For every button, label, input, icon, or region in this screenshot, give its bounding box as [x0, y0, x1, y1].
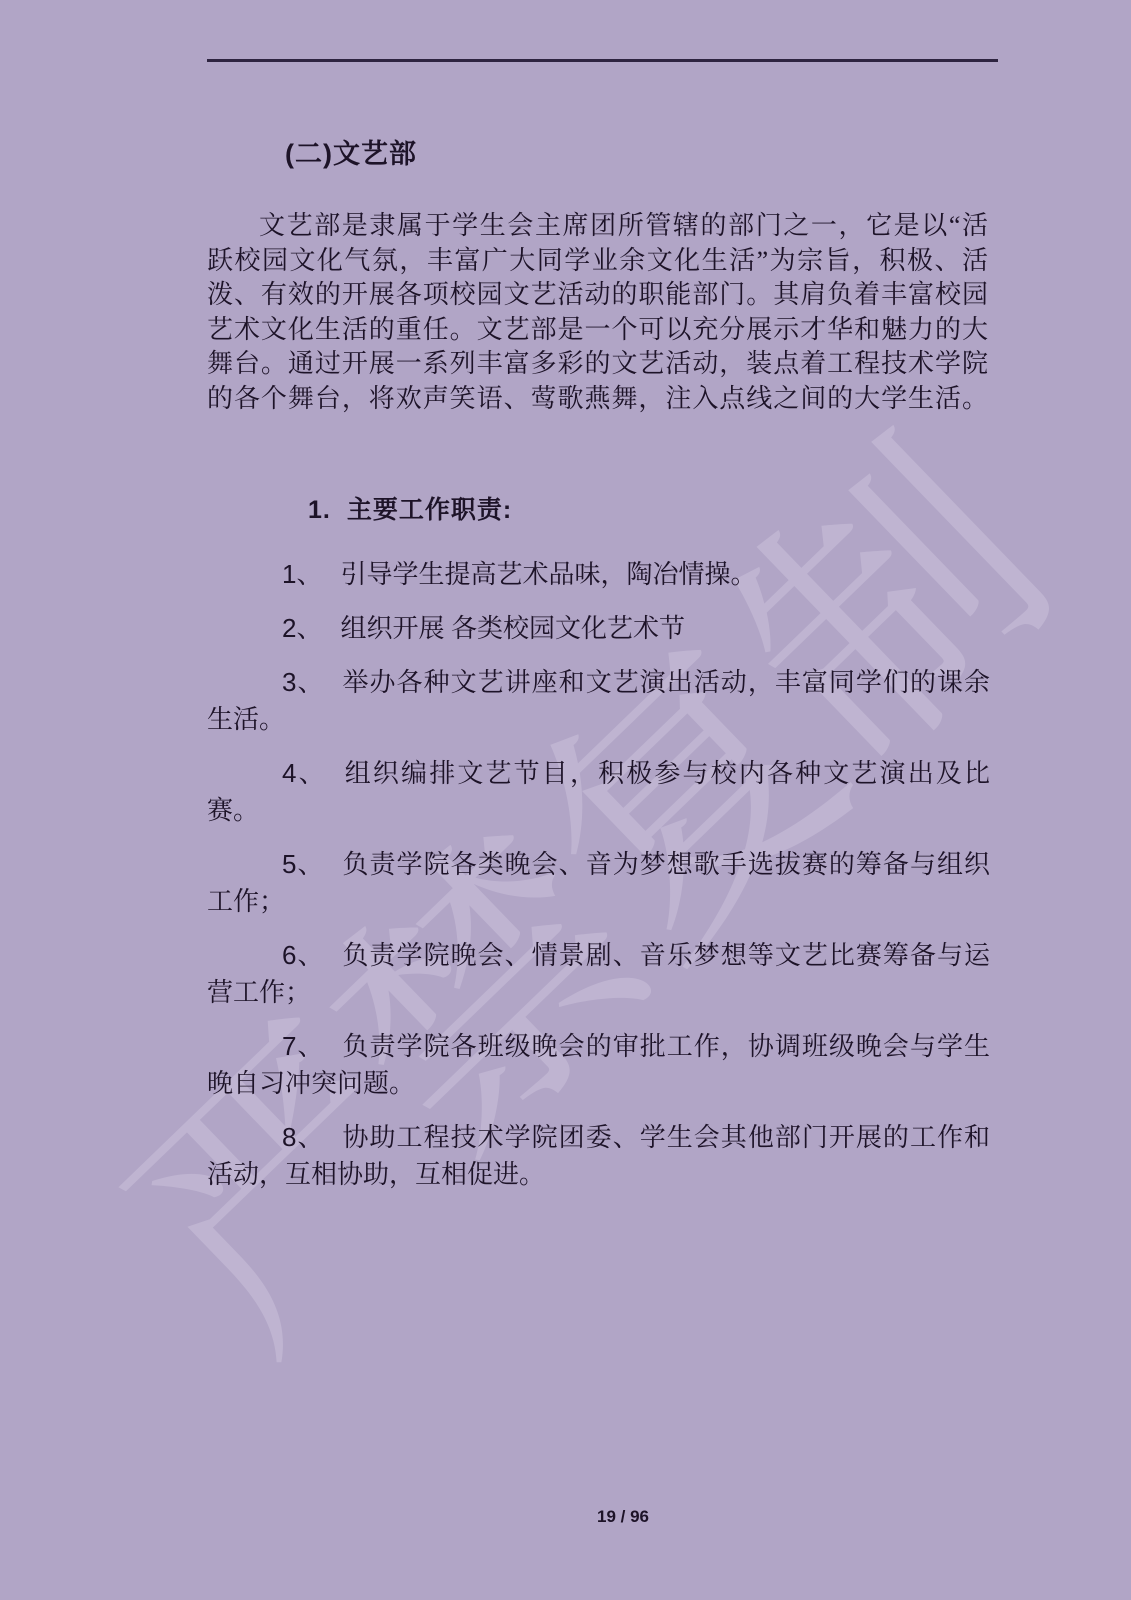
intro-paragraph: 文艺部是隶属于学生会主席团所管辖的部门之一，它是以“活 跃校园文化气氛，丰富广大…	[207, 209, 988, 416]
section-title: (二)文艺部	[285, 132, 417, 171]
item-number: 5、	[282, 849, 325, 879]
page-number: 19 / 96	[597, 1507, 649, 1527]
duties-heading-label: 主要工作职责:	[347, 496, 512, 524]
list-item: 6、负责学院晚会、情景剧、音乐梦想等文艺比赛筹备与运营工作；	[207, 937, 990, 1011]
list-item: 4、组织编排文艺节目，积极参与校内各种文艺演出及比赛。	[207, 755, 990, 829]
item-number: 8、	[282, 1122, 325, 1152]
list-item: 3、举办各种文艺讲座和文艺演出活动，丰富同学们的课余生活。	[207, 664, 990, 738]
list-item: 1、引导学生提高艺术品味，陶冶情操。	[207, 556, 990, 593]
list-item: 8、协助工程技术学院团委、学生会其他部门开展的工作和活动，互相协助，互相促进。	[207, 1119, 990, 1193]
paragraph-line: 跃校园文化气氛，丰富广大同学业余文化生活”为宗旨，积极、活	[207, 244, 988, 279]
duties-list: 1、引导学生提高艺术品味，陶冶情操。 2、组织开展 各类校园文化艺术节 3、举办…	[207, 556, 990, 1210]
item-number: 7、	[282, 1031, 325, 1061]
list-item: 7、负责学院各班级晚会的审批工作，协调班级晚会与学生晚自习冲突问题。	[207, 1028, 990, 1102]
item-number: 6、	[282, 940, 325, 970]
item-number: 2、	[282, 613, 322, 643]
paragraph-line: 文艺部是隶属于学生会主席团所管辖的部门之一，它是以“活	[207, 209, 988, 244]
page-content: (二)文艺部 文艺部是隶属于学生会主席团所管辖的部门之一，它是以“活 跃校园文化…	[0, 0, 1131, 1600]
list-item: 5、负责学院各类晚会、音为梦想歌手选拔赛的筹备与组织工作；	[207, 846, 990, 920]
item-text: 引导学生提高艺术品味，陶冶情操。	[340, 560, 756, 589]
paragraph-line: 的各个舞台，将欢声笑语、莺歌燕舞，注入点线之间的大学生活。	[207, 382, 988, 417]
paragraph-line: 泼、有效的开展各项校园文艺活动的职能部门。其肩负着丰富校园	[207, 278, 988, 313]
document-page: 严禁复制 (二)文艺部 文艺部是隶属于学生会主席团所管辖的部门之一，它是以“活 …	[0, 0, 1131, 1600]
list-item: 2、组织开展 各类校园文化艺术节	[207, 610, 990, 647]
paragraph-line: 舞台。通过开展一系列丰富多彩的文艺活动，装点着工程技术学院	[207, 347, 988, 382]
duties-heading: 1.主要工作职责:	[308, 490, 512, 526]
item-text: 组织开展 各类校园文化艺术节	[340, 614, 685, 643]
item-number: 4、	[282, 758, 327, 788]
duties-heading-number: 1.	[308, 496, 331, 524]
page-footer: 19 / 96	[0, 1507, 1131, 1527]
item-number: 3、	[282, 667, 325, 697]
paragraph-line: 艺术文化生活的重任。文艺部是一个可以充分展示才华和魅力的大	[207, 313, 988, 348]
item-number: 1、	[282, 559, 322, 589]
